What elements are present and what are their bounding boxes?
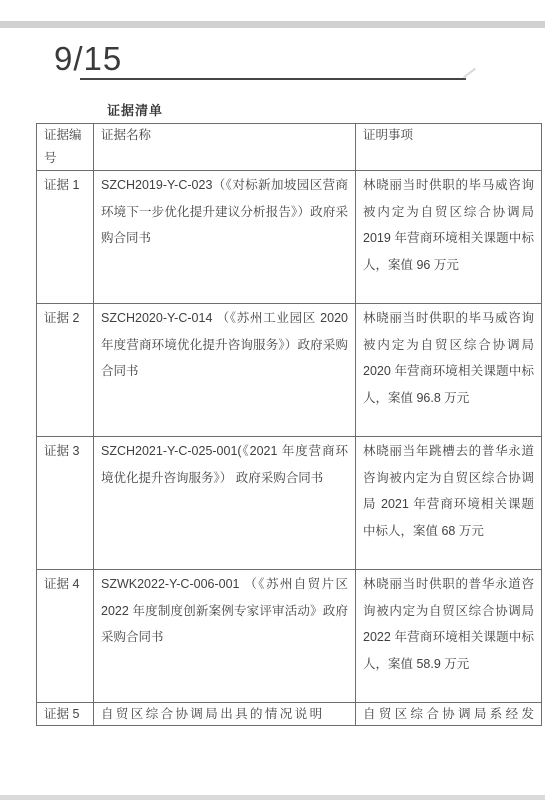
evidence-name: 自贸区综合协调局出具的情况说明 xyxy=(94,703,356,726)
table-row: 证据 5 自贸区综合协调局出具的情况说明 自贸区综合协调局系经发 xyxy=(37,703,542,726)
evidence-name: SZWK2022-Y-C-006-001 （《苏州自贸片区 2022 年度制度创… xyxy=(94,570,356,703)
table-row: 证据 4 SZWK2022-Y-C-006-001 （《苏州自贸片区 2022 … xyxy=(37,570,542,703)
evidence-matter-truncated: 自贸区综合协调局系经发 xyxy=(356,703,542,726)
evidence-name: SZCH2019-Y-C-023（《对标新加坡园区营商环境下一步优化提升建议分析… xyxy=(94,171,356,304)
document-title: 证据清单 xyxy=(107,100,163,119)
table-row: 证据 1 SZCH2019-Y-C-023（《对标新加坡园区营商环境下一步优化提… xyxy=(37,171,542,304)
table-row: 证据 3 SZCH2021-Y-C-025-001(《2021 年度营商环境优化… xyxy=(37,437,542,570)
evidence-id: 证据 3 xyxy=(37,437,94,570)
evidence-name: SZCH2020-Y-C-014 （《苏州工业园区 2020 年度营商环境优化提… xyxy=(94,304,356,437)
evidence-id: 证据 5 xyxy=(37,703,94,726)
page-number-underline xyxy=(80,78,466,80)
evidence-id: 证据 4 xyxy=(37,570,94,703)
evidence-matter: 林晓丽当年跳槽去的普华永道咨询被内定为自贸区综合协调局 2021 年营商环境相关… xyxy=(356,437,542,570)
header-evidence-id: 证据编号 xyxy=(37,124,94,171)
evidence-matter: 林晓丽当时供职的普华永道咨询被内定为自贸区综合协调局 2022 年营商环境相关课… xyxy=(356,570,542,703)
page-separator-top xyxy=(0,21,545,28)
evidence-name: SZCH2021-Y-C-025-001(《2021 年度营商环境优化提升咨询服… xyxy=(94,437,356,570)
evidence-table: 证据编号 证据名称 证明事项 证据 1 SZCH2019-Y-C-023（《对标… xyxy=(36,123,542,726)
evidence-matter: 林晓丽当时供职的毕马威咨询被内定为自贸区综合协调局 2019 年营商环境相关课题… xyxy=(356,171,542,304)
table-row: 证据 2 SZCH2020-Y-C-014 （《苏州工业园区 2020 年度营商… xyxy=(37,304,542,437)
header-evidence-name: 证据名称 xyxy=(94,124,356,171)
page-separator-bottom xyxy=(0,795,545,800)
pen-smudge-mark xyxy=(463,68,476,79)
evidence-id: 证据 2 xyxy=(37,304,94,437)
evidence-matter: 林晓丽当时供职的毕马威咨询被内定为自贸区综合协调局 2020 年营商环境相关课题… xyxy=(356,304,542,437)
evidence-id: 证据 1 xyxy=(37,171,94,304)
header-evidence-matter: 证明事项 xyxy=(356,124,542,171)
table-header-row: 证据编号 证据名称 证明事项 xyxy=(37,124,542,171)
page-number: 9/15 xyxy=(54,40,122,78)
